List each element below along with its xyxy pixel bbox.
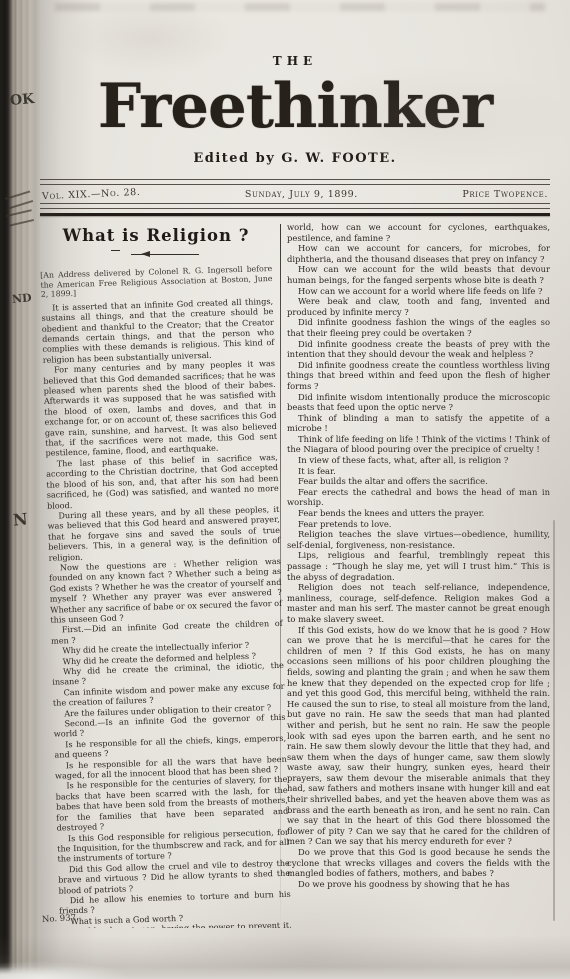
paragraph: Did infinite goodness create the countle… (287, 360, 550, 392)
paragraph: How can we account for a world where lif… (287, 286, 550, 297)
book-spine: OK ND N (0, 0, 40, 979)
heavy-rule (40, 213, 550, 216)
paragraph: Religion does not teach self-reliance, i… (287, 582, 550, 624)
paragraph: It is fear. (287, 466, 550, 477)
paragraph: For many centuries and by many peoples i… (43, 358, 278, 458)
paragraph: Think of blinding a man to satisfy the a… (287, 413, 550, 434)
spine-rule-mark (5, 190, 33, 209)
paragraph: Fear pretends to love. (287, 519, 550, 530)
paragraph: Do we prove his goodness by showing that… (287, 879, 550, 890)
attribution: [An Address delivered by Colonel R. G. I… (40, 264, 273, 300)
ornament-dash (111, 250, 120, 251)
paragraph: Fear builds the altar and offers the sac… (287, 476, 550, 487)
paragraph: How can we account for the wild beasts t… (287, 264, 550, 285)
paragraph: Think of life feeding on life ! Think of… (287, 434, 550, 455)
right-column: world, how can we account for cyclones, … (287, 222, 550, 928)
paragraph: Were beak and claw, tooth and fang, inve… (287, 296, 550, 317)
paragraph: Fear erects the cathedral and bows the h… (287, 487, 550, 508)
paragraph: The last phase of this belief in sacrifi… (46, 452, 279, 511)
masthead: THE Freethinker Edited by G. W. FOOTE. (40, 0, 550, 166)
ornament-arrow (141, 251, 150, 257)
left-column-text-block: [An Address delivered by Colonel R. G. I… (40, 264, 293, 928)
left-column: What is Religion ? [An Address delivered… (40, 222, 272, 928)
issue-date: Sunday, July 9, 1899. (141, 189, 463, 200)
paragraph: Did infinite wisdom intentionally produc… (287, 392, 550, 413)
masthead-title: Freethinker (40, 74, 550, 140)
paragraph: In view of these facts, what, after all,… (287, 455, 550, 466)
issue-number: No. 937. (42, 913, 79, 925)
paragraph: During all these years, and by all these… (47, 504, 280, 563)
price: Price Twopence. (462, 189, 548, 200)
spine-text-fragment: ND (11, 291, 32, 306)
paragraph: Now the questions are : Whether religion… (49, 556, 283, 625)
paragraph: How can we account for cancers, for micr… (287, 243, 550, 264)
paragraph: If this God exists, how do we know that … (287, 625, 550, 847)
dateline: Vol. XIX.—No. 28. Sunday, July 9, 1899. … (40, 185, 550, 203)
paragraph: Do we prove that this God is good becaus… (287, 847, 550, 879)
masthead-editor-line: Edited by G. W. FOOTE. (40, 151, 550, 166)
double-rule (40, 203, 550, 209)
newspaper-page: THE Freethinker Edited by G. W. FOOTE. V… (40, 0, 570, 979)
paragraph: world, how can we account for cyclones, … (287, 222, 550, 243)
paragraph: Did infinite goodness create the beasts … (287, 339, 550, 360)
right-column-text: world, how can we account for cyclones, … (287, 222, 550, 889)
article-body: What is Religion ? [An Address delivered… (40, 222, 550, 928)
spine-text-fragment: OK (9, 91, 35, 109)
spine-text-fragment: N (12, 509, 28, 529)
ornament-divider (111, 248, 201, 260)
paragraph: It is asserted that an infinite God crea… (41, 296, 275, 365)
paragraph: Fear bends the knees and utters the pray… (287, 508, 550, 519)
article-title: What is Religion ? (40, 226, 272, 245)
volume-number: Vol. XIX.—No. 28. (42, 187, 141, 202)
paragraph: Lips, religious and fearful, tremblingly… (287, 550, 550, 582)
paragraph: Is he responsible for the centuries of s… (55, 774, 288, 833)
paragraph: Religion teaches the slave virtues—obedi… (287, 529, 550, 550)
spine-rule-mark (6, 209, 34, 227)
scanned-page: OK ND N THE Freethinker Edited by G. W. … (0, 0, 570, 979)
left-column-text: It is asserted that an infinite God crea… (41, 296, 293, 928)
masthead-pretitle: THE (40, 0, 550, 68)
paragraph: Did infinite goodness fashion the wings … (287, 317, 550, 338)
